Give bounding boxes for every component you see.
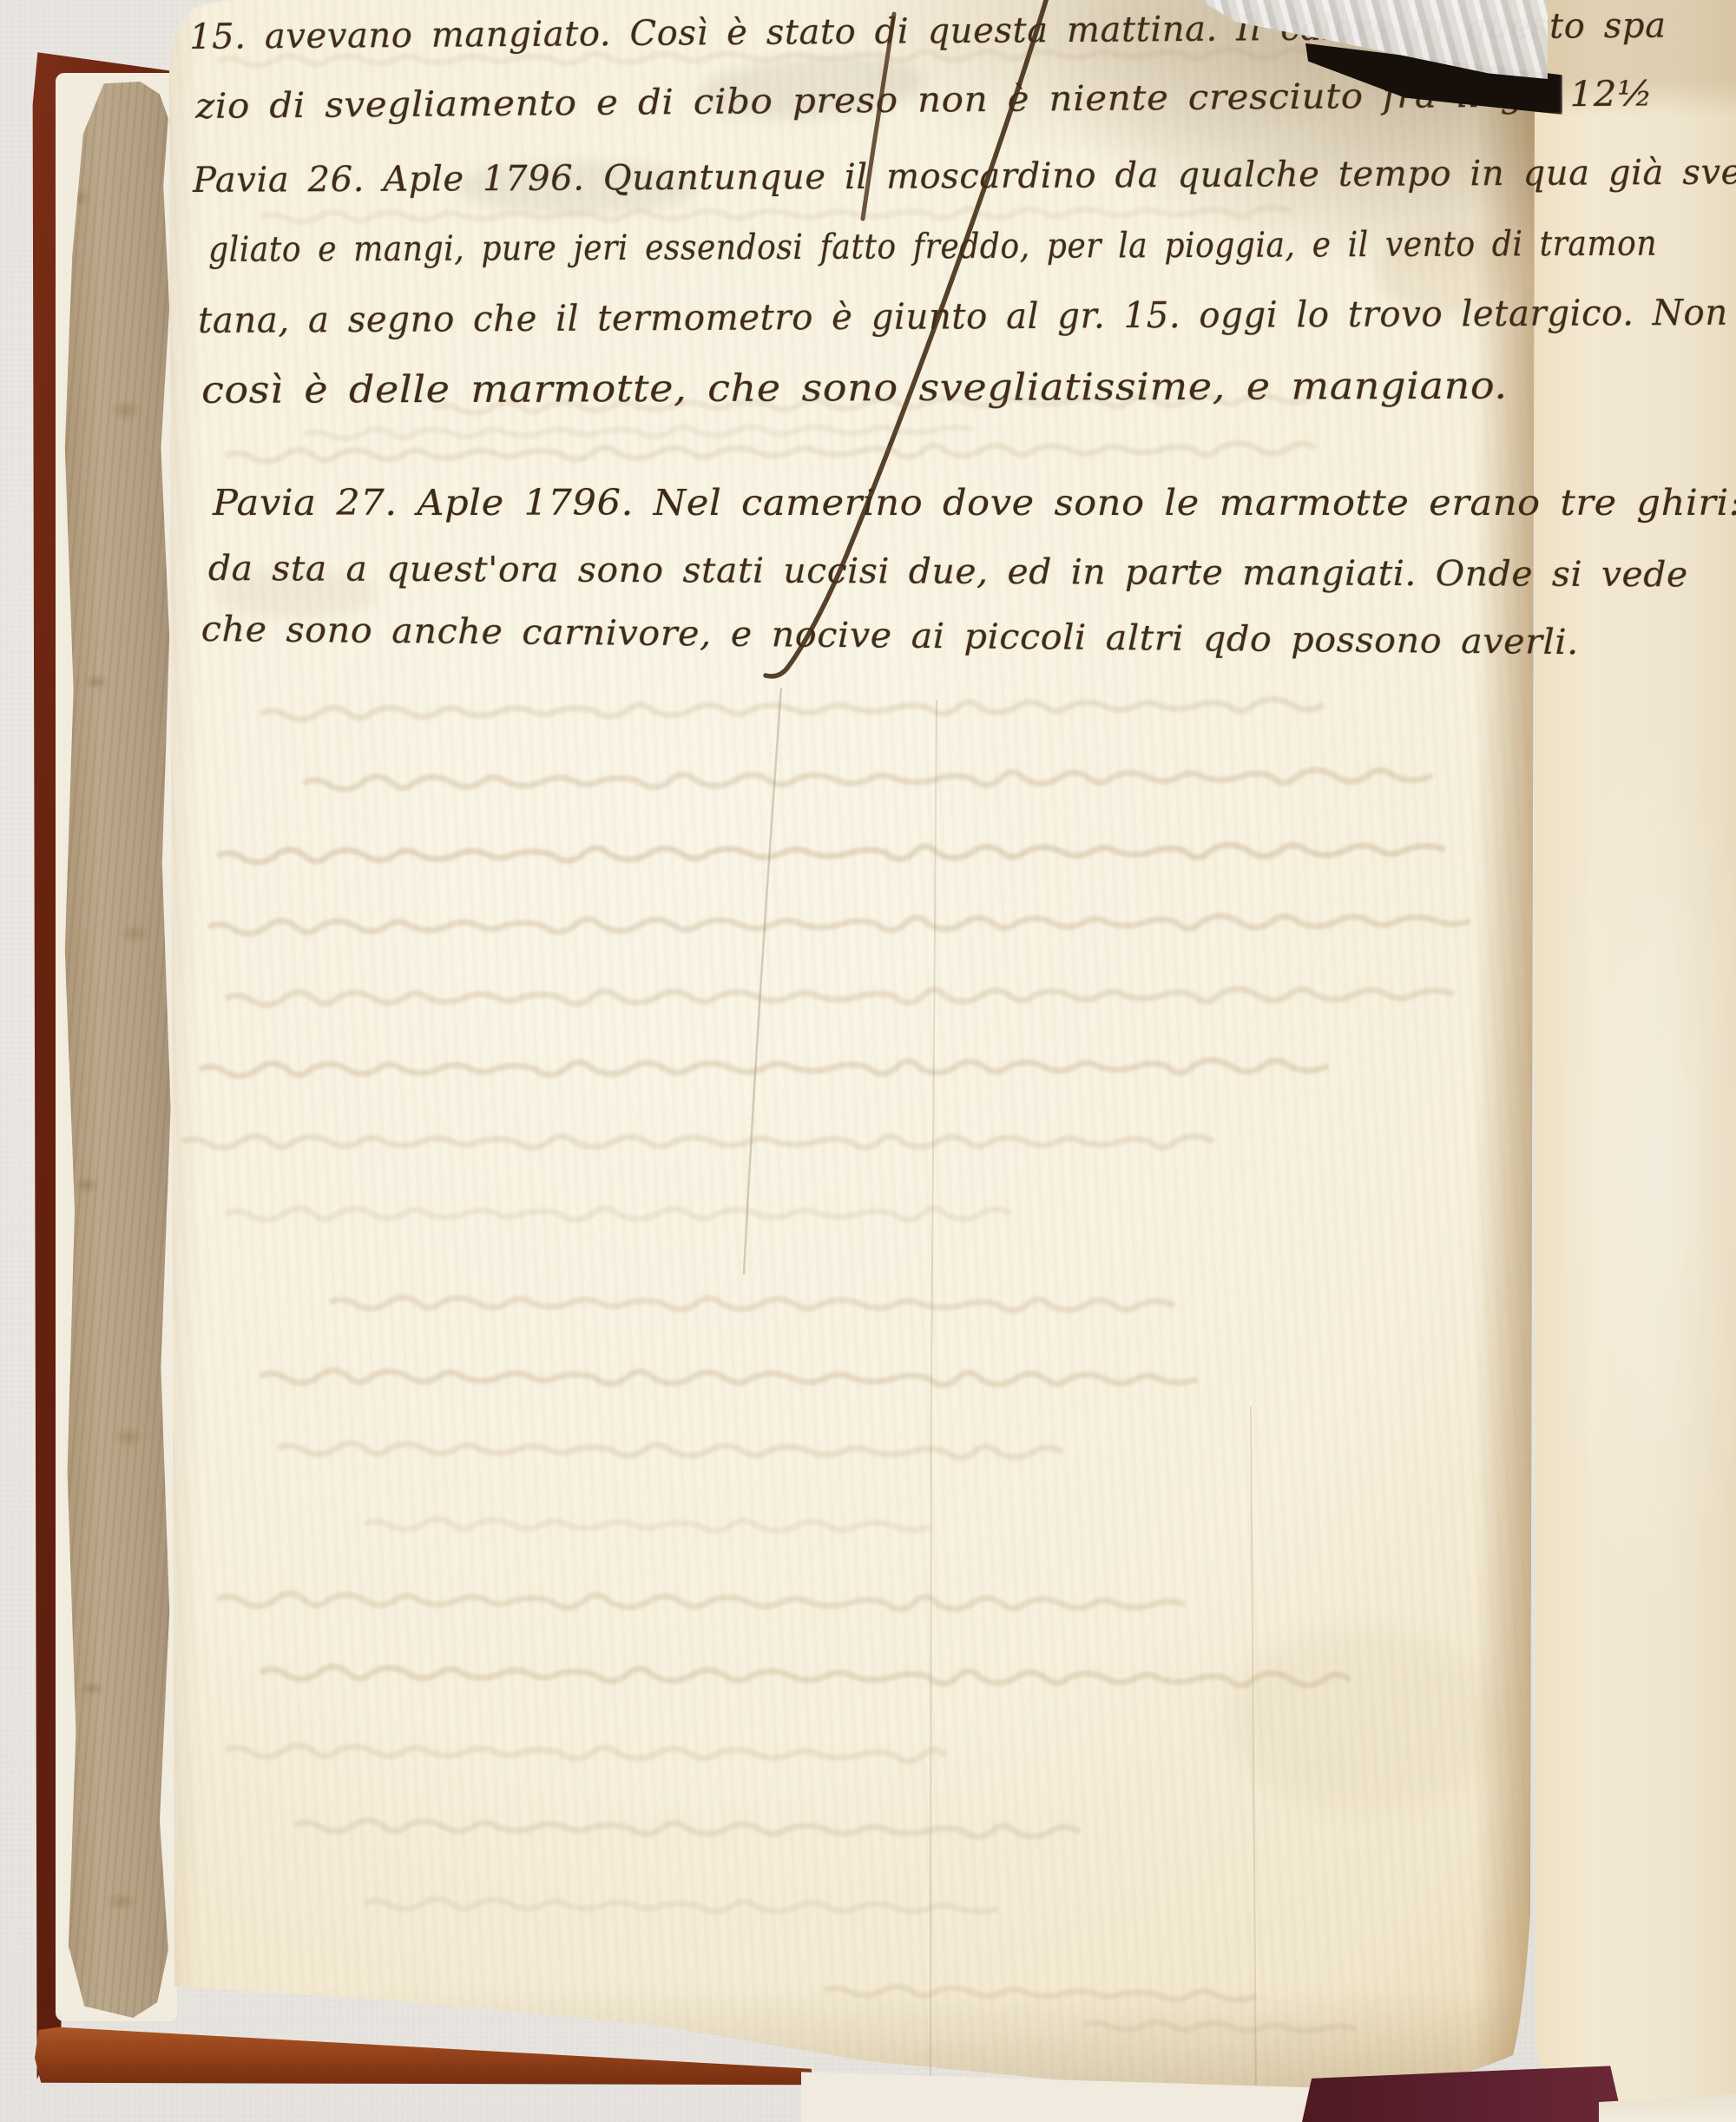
handwritten-line: Pavia 27. Aple 1796. Nel camerino dove s… [213,482,1736,524]
handwritten-line: da sta a quest'ora sono stati uccisi due… [208,549,1688,595]
photo-backdrop: 15. avevano mangiato. Così è stato di qu… [0,0,1736,2122]
paper-stain [1228,1629,1497,1811]
handwritten-line: tana, a segno che il termometro è giunto… [198,292,1728,341]
handwritten-line: Pavia 26. Aple 1796. Quantunque il mosca… [193,153,1736,201]
handwritten-line: gliato e mangi, pure jeri essendosi fatt… [208,224,1657,270]
book-cover-bottom-edge [35,2023,816,2092]
handwritten-line: così è delle marmotte, che sono svegliat… [201,365,1508,412]
